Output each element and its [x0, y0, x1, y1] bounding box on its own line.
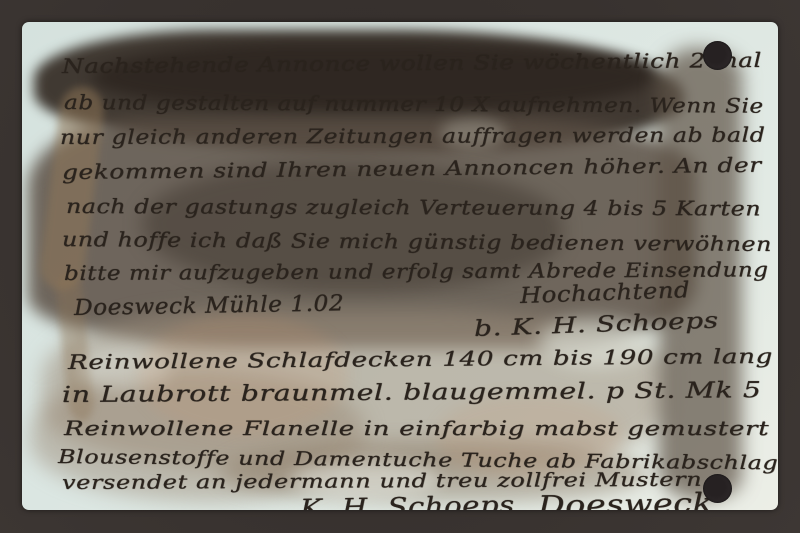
handwriting-line-11: Reinwollene Schlafdecken 140 cm bis 190 …: [68, 346, 773, 372]
punch-hole-bottom: [703, 474, 732, 503]
scan-background: Nachstehende Annonce wollen Sie wöchentl…: [0, 0, 800, 533]
handwriting-line-2: ab und gestalten auf nummer 10 X aufnehm…: [64, 92, 764, 116]
handwriting-line-13: Reinwollene Flanelle in einfarbig mabst …: [64, 418, 769, 438]
signature-middle: b. K. H. Schoeps: [474, 310, 719, 341]
handwriting-line-6: und hoffe ich daß Sie mich günstig bedie…: [62, 229, 772, 254]
handwriting-line-4: gekommen sind Ihren neuen Annoncen höher…: [62, 155, 762, 182]
handwriting-line-12: in Laubrott braunmel. blaugemmel. p St. …: [62, 380, 762, 407]
signature-bottom: K. H. Schoeps: [300, 492, 515, 510]
handwriting-line-1: Nachstehende Annonce wollen Sie wöchentl…: [62, 50, 762, 76]
dateline-place-date: Doesweck Mühle 1.02: [74, 293, 345, 320]
punch-hole-top: [703, 41, 732, 70]
postcard: Nachstehende Annonce wollen Sie wöchentl…: [22, 22, 778, 510]
closing-salutation: Hochachtend: [520, 280, 691, 308]
place-bottom: Doesweck: [538, 490, 714, 510]
handwriting-line-5: nach der gastungs zugleich Verteuerung 4…: [66, 196, 761, 218]
handwriting-line-3: nur gleich anderen Zeitungen auffragen w…: [60, 125, 765, 147]
